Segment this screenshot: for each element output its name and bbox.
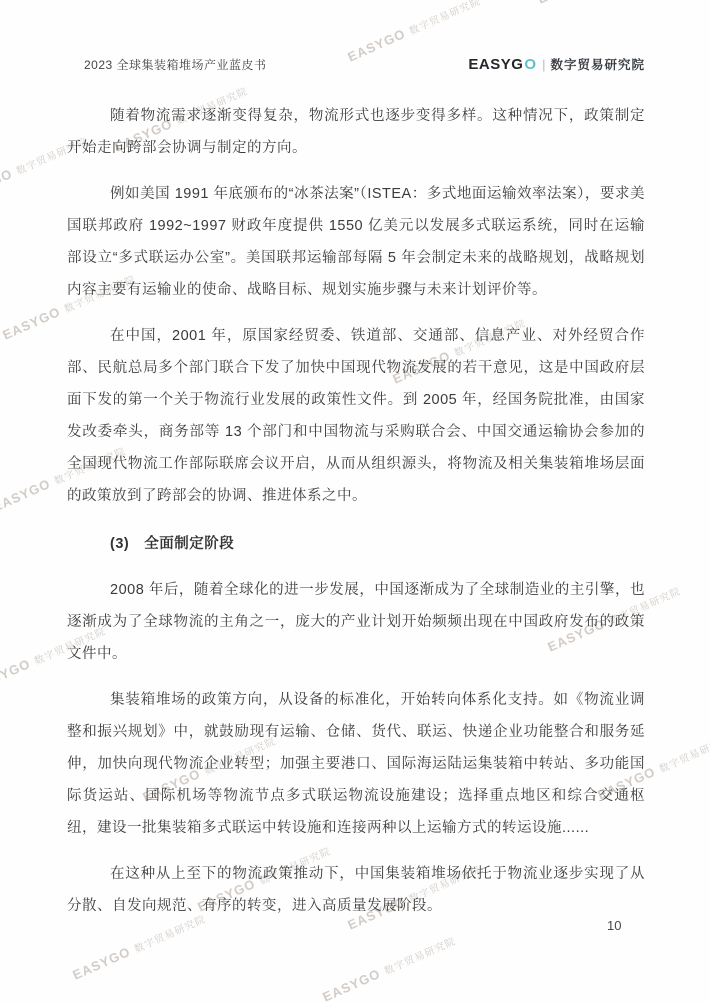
page-number: 10: [607, 918, 621, 933]
logo-brand-text: EASYG: [468, 56, 523, 73]
watermark: EASYGO数字贸易研究院: [320, 932, 459, 1002]
paragraph: 例如美国 1991 年底颁布的“冰茶法案”（ISTEA：多式地面运输效率法案），…: [67, 178, 645, 306]
section-heading: (3) 全面制定阶段: [67, 528, 645, 560]
paragraph: 2008 年后，随着全球化的进一步发展，中国逐渐成为了全球制造业的主引擎，也逐渐…: [67, 574, 645, 670]
document-body: 随着物流需求逐渐变得复杂，物流形式也逐步变得多样。这种情况下，政策制定开始走向跨…: [67, 100, 645, 936]
logo-org-name: 数字贸易研究院: [550, 55, 645, 73]
watermark: EASYGO数字贸易研究院: [535, 0, 674, 8]
page-header: 2023 全球集装箱堆场产业蓝皮书 EASYG O | 数字贸易研究院: [67, 52, 645, 76]
document-title: 2023 全球集装箱堆场产业蓝皮书: [84, 56, 267, 73]
paragraph: 集装箱堆场的政策方向，从设备的标准化，开始转向体系化支持。如《物流业调整和振兴规…: [67, 684, 645, 844]
logo-o-ring-icon: O: [524, 56, 536, 73]
paragraph: 在中国，2001 年，原国家经贸委、铁道部、交通部、信息产业、对外经贸合作部、民…: [67, 320, 645, 512]
paragraph: 在这种从上至下的物流政策推动下，中国集装箱堆场依托于物流业逐步实现了从分散、自发…: [67, 858, 645, 922]
document-page: EASYGO数字贸易研究院EASYGO数字贸易研究院EASYGO数字贸易研究院E…: [0, 0, 710, 1002]
easygo-logo: EASYG O | 数字贸易研究院: [468, 55, 645, 73]
paragraph: 随着物流需求逐渐变得复杂，物流形式也逐步变得多样。这种情况下，政策制定开始走向跨…: [67, 100, 645, 164]
logo-divider: |: [542, 57, 545, 72]
